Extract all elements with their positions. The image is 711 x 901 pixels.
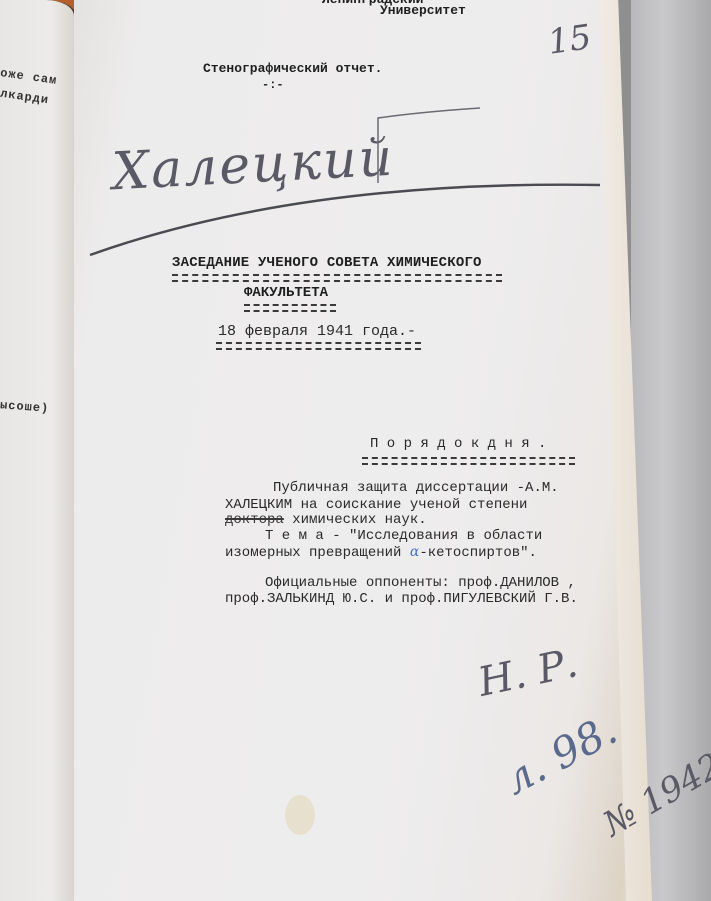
title-line-1: ЗАСЕДАНИЕ УЧЕНОГО СОВЕТА ХИМИЧЕСКОГО xyxy=(172,255,482,271)
pencil-strokes xyxy=(0,0,711,901)
title-underline-2 xyxy=(244,304,336,312)
title-underline xyxy=(172,274,502,282)
agenda-line-3: доктора химических наук. xyxy=(225,512,427,528)
agenda-topic: Т е м а - "Исследования в области xyxy=(265,528,542,544)
agenda-line-3-rest: химических наук. xyxy=(284,512,427,528)
agenda-line-2: ХАЛЕЦКИМ на соискание ученой степени xyxy=(225,497,527,513)
meeting-date: 18 февраля 1941 года.- xyxy=(218,323,416,340)
document-photo: оже сам лкарди ысоше) Ленинградский Унив… xyxy=(0,0,711,901)
topic-line-2-post: -кетоспиртов". xyxy=(419,545,537,561)
opponents-line-1: Официальные оппоненты: проф.ДАНИЛОВ , xyxy=(265,575,576,591)
topic-label: Т е м а xyxy=(265,528,324,544)
struck-word: доктора xyxy=(225,512,284,528)
agenda-underline xyxy=(362,457,575,465)
opponents-line-2: проф.ЗАЛЬКИНД Ю.С. и проф.ПИГУЛЕВСКИЙ Г.… xyxy=(225,591,578,607)
title-line-2: ФАКУЛЬТЕТА xyxy=(244,285,328,301)
agenda-line-1: Публичная защита диссертации -А.М. xyxy=(273,480,559,496)
topic-line-2-pre: изомерных превращений xyxy=(225,545,410,561)
agenda-heading: П о р я д о к д н я . xyxy=(370,436,546,452)
date-underline xyxy=(216,342,421,350)
agenda-topic-line-2: изомерных превращений α-кетоспиртов". xyxy=(225,544,537,561)
greek-alpha: α xyxy=(410,544,419,560)
topic-title-start: - "Исследования в области xyxy=(324,528,542,544)
